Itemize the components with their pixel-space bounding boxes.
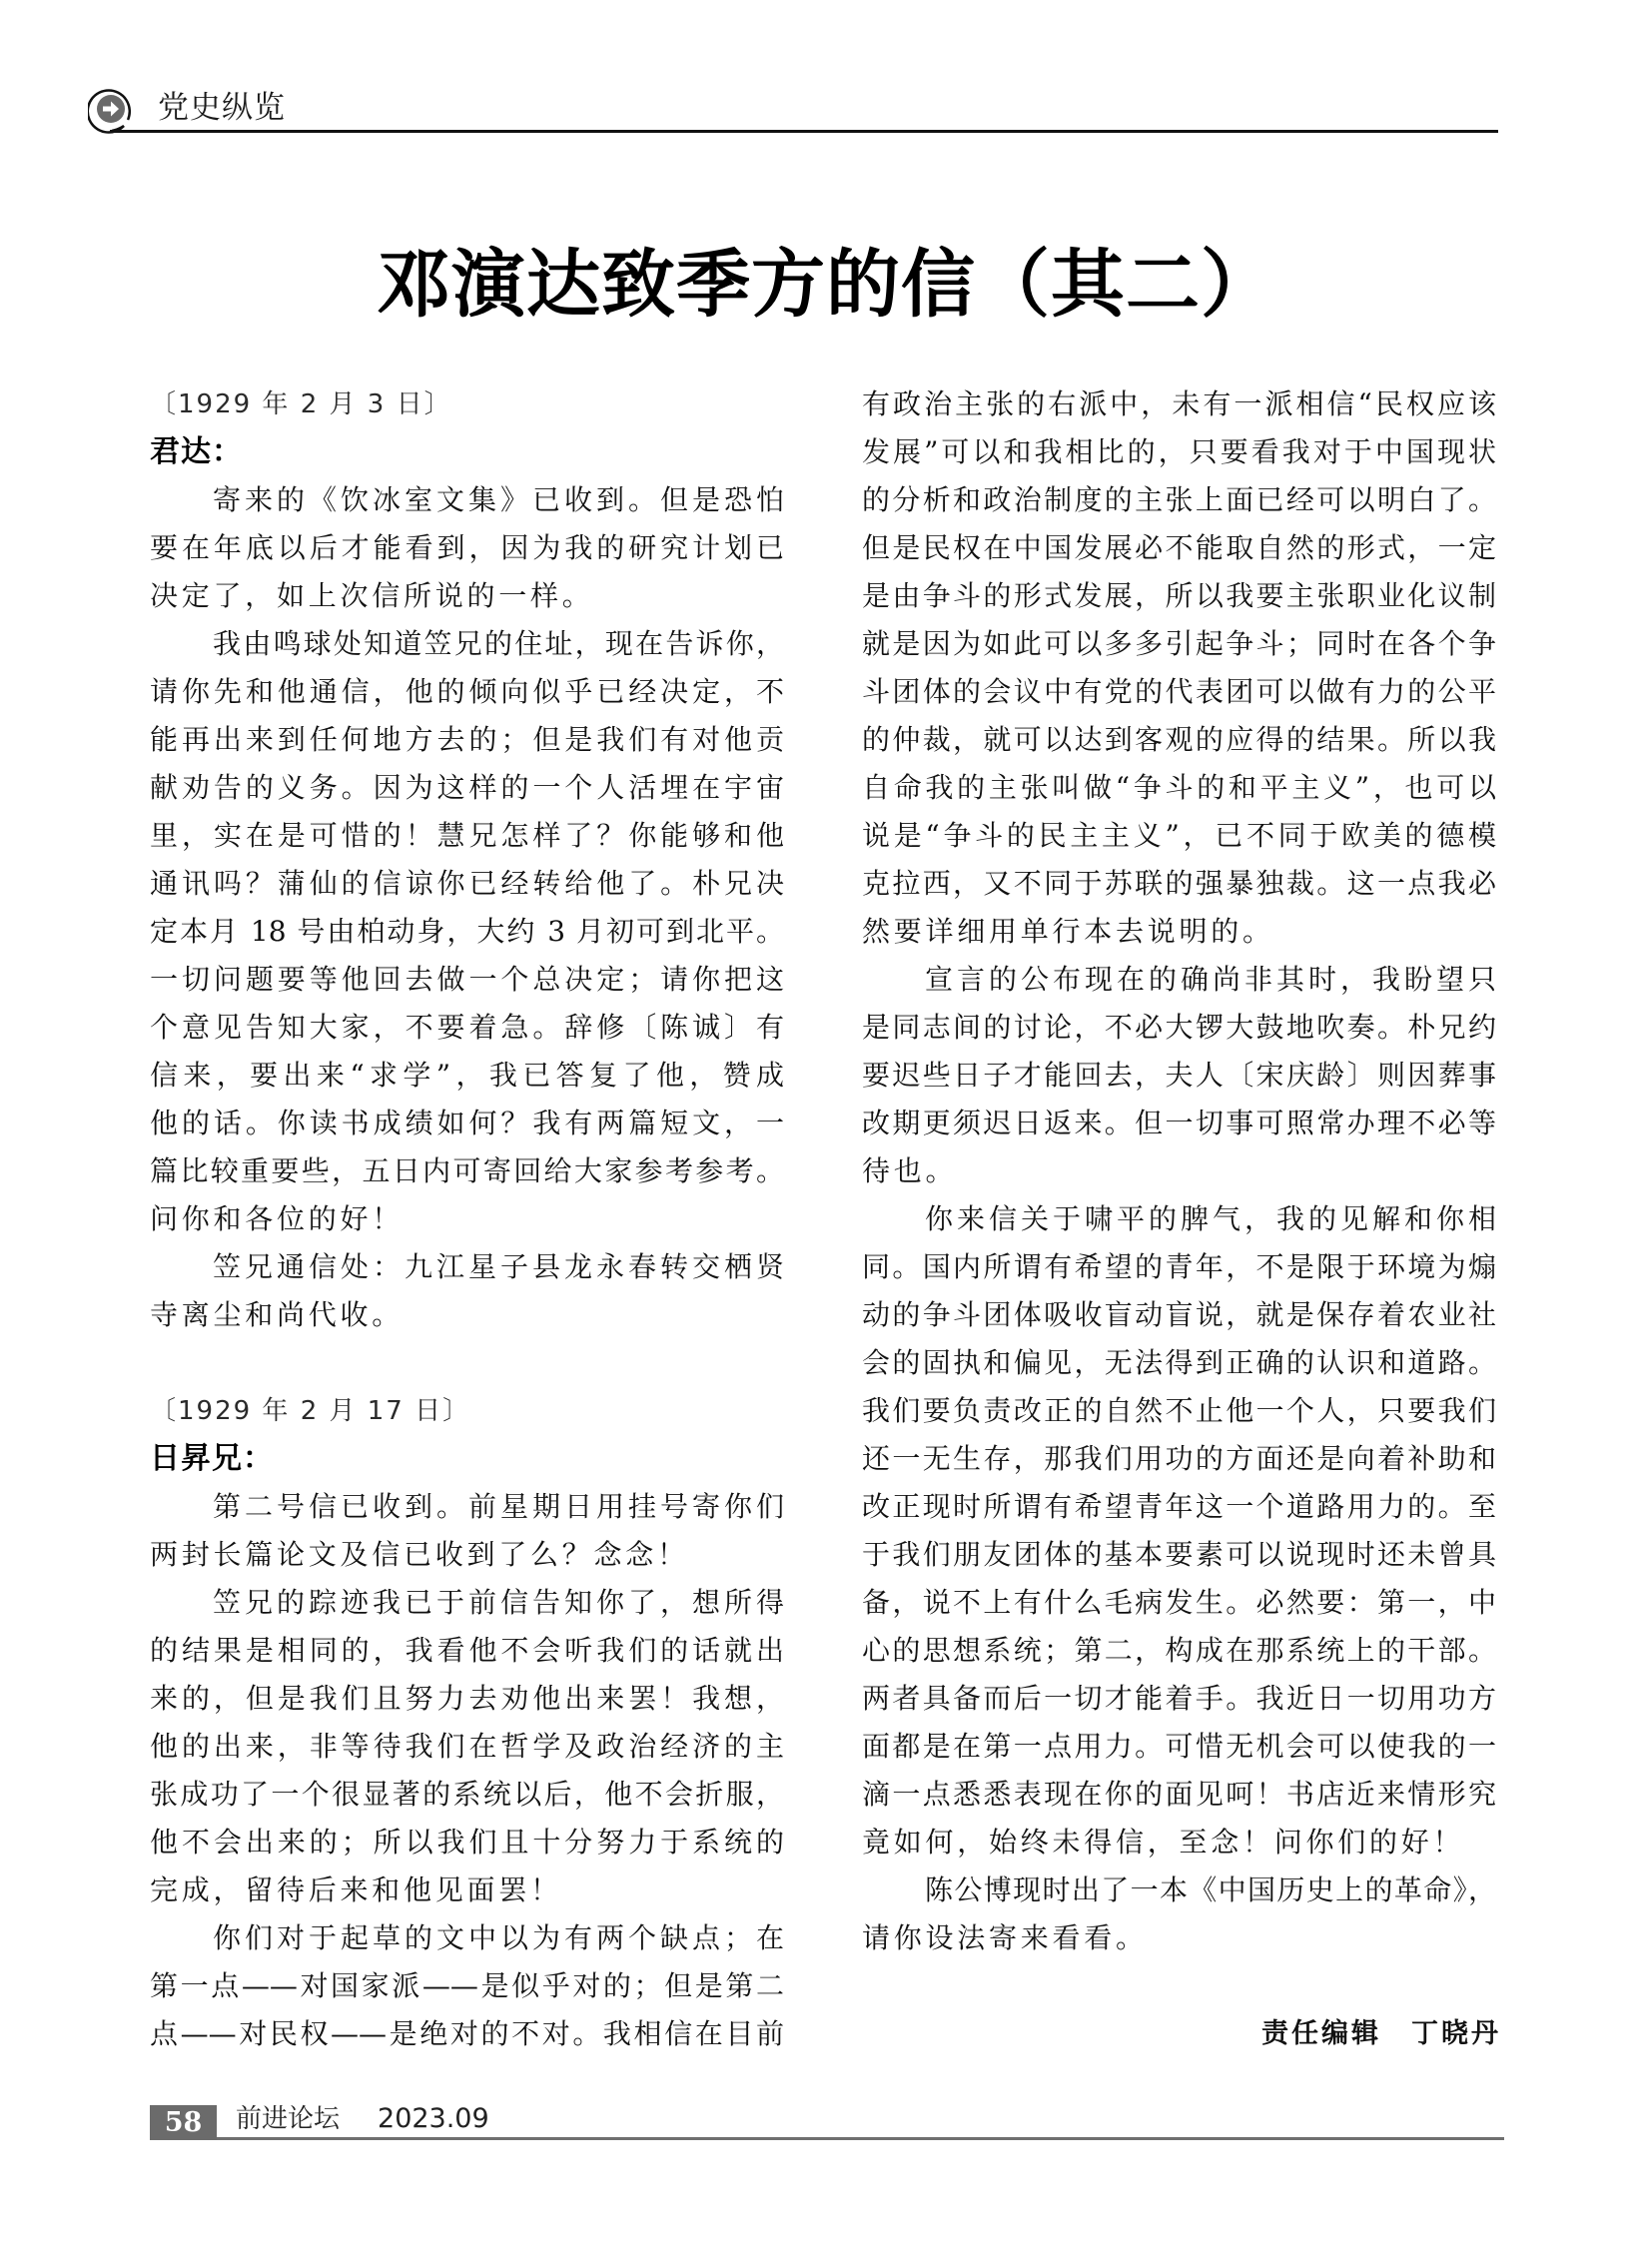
text-line: 一切问题要等他回去做一个总决定；请你把这 bbox=[150, 956, 784, 1004]
text-line: 发展”可以和我相比的，只要看我对于中国现状 bbox=[862, 428, 1496, 476]
paragraph: 我由鸣球处知道笠兄的住址，现在告诉你， 请你先和他通信，他的倾向似乎已经决定，不… bbox=[150, 620, 784, 1243]
right-column: 有政治主张的右派中，未有一派相信“民权应该 发展”可以和我相比的，只要看我对于中… bbox=[862, 380, 1496, 2058]
text-line: 于我们朋友团体的基本要素可以说现时还未曾具 bbox=[862, 1531, 1496, 1579]
text-line: 里，实在是可惜的！慧兄怎样了？你能够和他 bbox=[150, 812, 784, 860]
text-line: 滴一点悉悉表现在你的面见呵！书店近来情形究 bbox=[862, 1771, 1496, 1819]
byline-editor-name: 丁晓丹 bbox=[1411, 2018, 1501, 2049]
letter-date: 〔1929 年 2 月 3 日〕 bbox=[150, 380, 784, 428]
text-line: 有政治主张的右派中，未有一派相信“民权应该 bbox=[862, 380, 1496, 428]
text-line: 能再出来到任何地方去的；但是我们有对他贡 bbox=[150, 716, 784, 764]
text-line: 还一无生存，那我们用功的方面还是向着补助和 bbox=[862, 1435, 1496, 1483]
blank-line bbox=[150, 1339, 784, 1387]
text-line: 笠兄通信处：九江星子县龙永春转交栖贤 bbox=[150, 1243, 784, 1291]
text-line: 待也。 bbox=[862, 1147, 1496, 1195]
text-line: 你们对于起草的文中以为有两个缺点；在 bbox=[150, 1914, 784, 1962]
text-line: 请你设法寄来看看。 bbox=[862, 1914, 1496, 1962]
text-line: 宣言的公布现在的确尚非其时，我盼望只 bbox=[862, 956, 1496, 1004]
text-line: 献劝告的义务。因为这样的一个人活埋在宇宙 bbox=[150, 764, 784, 812]
text-line: 通讯吗？蒲仙的信谅你已经转给他了。朴兄决 bbox=[150, 860, 784, 908]
text-line: 的结果是相同的，我看他不会听我们的话就出 bbox=[150, 1627, 784, 1675]
text-line: 点——对民权——是绝对的不对。我相信在目前 bbox=[150, 2010, 784, 2058]
text-line: 第一点——对国家派——是似乎对的；但是第二 bbox=[150, 1962, 784, 2010]
text-line: 要迟些日子才能回去，夫人〔宋庆龄〕则因葬事 bbox=[862, 1052, 1496, 1100]
footer-rule bbox=[217, 2137, 1504, 2140]
text-line: 是由争斗的形式发展，所以我要主张职业化议制 bbox=[862, 572, 1496, 620]
text-line: 寺离尘和尚代收。 bbox=[150, 1291, 784, 1339]
text-line: 的分析和政治制度的主张上面已经可以明白了。 bbox=[862, 476, 1496, 524]
letter-2: 〔1929 年 2 月 17 日〕 日昇兄： 第二号信已收到。前星期日用挂号寄你… bbox=[150, 1387, 784, 2058]
paragraph: 你来信关于啸平的脾气，我的见解和你相 同。国内所谓有希望的青年，不是限于环境为煽… bbox=[862, 1195, 1496, 1867]
paragraph: 笠兄的踪迹我已于前信告知你了，想所得 的结果是相同的，我看他不会听我们的话就出 … bbox=[150, 1579, 784, 1914]
issue-date: 2023.09 bbox=[378, 2103, 489, 2134]
text-line: 我们要负责改正的自然不止他一个人，只要我们 bbox=[862, 1387, 1496, 1435]
text-line: 的仲裁，就可以达到客观的应得的结果。所以我 bbox=[862, 716, 1496, 764]
letter-1: 〔1929 年 2 月 3 日〕 君达： 寄来的《饮冰室文集》已收到。但是恐怕 … bbox=[150, 380, 784, 1339]
section-title: 党史纵览 bbox=[158, 88, 286, 128]
text-line: 备，说不上有什么毛病发生。必然要：第一，中 bbox=[862, 1579, 1496, 1627]
text-line: 陈公博现时出了一本《中国历史上的革命》， bbox=[862, 1867, 1496, 1914]
header-rule bbox=[110, 130, 1498, 133]
paragraph: 陈公博现时出了一本《中国历史上的革命》， 请你设法寄来看看。 bbox=[862, 1867, 1496, 1962]
text-line: 动的争斗团体吸收盲动盲说，就是保存着农业社 bbox=[862, 1291, 1496, 1339]
text-line: 个意见告知大家，不要着急。辞修〔陈诚〕有 bbox=[150, 1004, 784, 1052]
text-line: 面都是在第一点用力。可惜无机会可以使我的一 bbox=[862, 1723, 1496, 1771]
text-line: 会的固执和偏见，无法得到正确的认识和道路。 bbox=[862, 1339, 1496, 1387]
text-line: 请你先和他通信，他的倾向似乎已经决定，不 bbox=[150, 668, 784, 716]
article-title: 邓演达致季方的信（其二） bbox=[0, 240, 1652, 330]
text-line: 他的出来，非等待我们在哲学及政治经济的主 bbox=[150, 1723, 784, 1771]
byline-label: 责任编辑 bbox=[1261, 2018, 1381, 2049]
blank-line bbox=[862, 1962, 1496, 2010]
paragraph: 笠兄通信处：九江星子县龙永春转交栖贤 寺离尘和尚代收。 bbox=[150, 1243, 784, 1339]
text-line: 他不会出来的；所以我们且十分努力于系统的 bbox=[150, 1819, 784, 1867]
text-line: 改期更须迟日返来。但一切事可照常办理不必等 bbox=[862, 1100, 1496, 1147]
editor-byline: 责任编辑丁晓丹 bbox=[862, 2010, 1501, 2058]
text-line: 信来，要出来“求学”，我已答复了他，赞成 bbox=[150, 1052, 784, 1100]
text-line: 两者具备而后一切才能着手。我近日一切用功方 bbox=[862, 1675, 1496, 1723]
letter-date: 〔1929 年 2 月 17 日〕 bbox=[150, 1387, 784, 1435]
text-line: 同。国内所谓有希望的青年，不是限于环境为煽 bbox=[862, 1243, 1496, 1291]
circle-arrow-right-icon bbox=[88, 86, 136, 134]
page-number: 58 bbox=[150, 2105, 217, 2140]
paragraph: 寄来的《饮冰室文集》已收到。但是恐怕 要在年底以后才能看到，因为我的研究计划已 … bbox=[150, 476, 784, 620]
text-line: 克拉西，又不同于苏联的强暴独裁。这一点我必 bbox=[862, 860, 1496, 908]
text-line: 是同志间的讨论，不必大锣大鼓地吹奏。朴兄约 bbox=[862, 1004, 1496, 1052]
magazine-page: 党史纵览 邓演达致季方的信（其二） 〔1929 年 2 月 3 日〕 君达： 寄… bbox=[0, 0, 1652, 2242]
text-line: 要在年底以后才能看到，因为我的研究计划已 bbox=[150, 524, 784, 572]
text-line: 自命我的主张叫做“争斗的和平主义”，也可以 bbox=[862, 764, 1496, 812]
text-line: 但是民权在中国发展必不能取自然的形式，一定 bbox=[862, 524, 1496, 572]
footer-publication-info: 前进论坛2023.09 bbox=[236, 2101, 489, 2137]
publication-name: 前进论坛 bbox=[236, 2104, 340, 2134]
text-line: 定本月 18 号由柏动身，大约 3 月初可到北平。 bbox=[150, 908, 784, 956]
text-line: 竟如何，始终未得信，至念！问你们的好！ bbox=[862, 1819, 1496, 1867]
text-line: 心的思想系统；第二，构成在那系统上的干部。 bbox=[862, 1627, 1496, 1675]
text-line: 寄来的《饮冰室文集》已收到。但是恐怕 bbox=[150, 476, 784, 524]
paragraph: 宣言的公布现在的确尚非其时，我盼望只 是同志间的讨论，不必大锣大鼓地吹奏。朴兄约… bbox=[862, 956, 1496, 1195]
text-line: 斗团体的会议中有党的代表团可以做有力的公平 bbox=[862, 668, 1496, 716]
text-line: 你来信关于啸平的脾气，我的见解和你相 bbox=[862, 1195, 1496, 1243]
text-line: 完成，留待后来和他见面罢！ bbox=[150, 1867, 784, 1914]
text-line: 然要详细用单行本去说明的。 bbox=[862, 908, 1496, 956]
text-line: 张成功了一个很显著的系统以后，他不会折服， bbox=[150, 1771, 784, 1819]
left-column: 〔1929 年 2 月 3 日〕 君达： 寄来的《饮冰室文集》已收到。但是恐怕 … bbox=[150, 380, 784, 2058]
text-line: 第二号信已收到。前星期日用挂号寄你们 bbox=[150, 1483, 784, 1531]
text-line: 就是因为如此可以多多引起争斗；同时在各个争 bbox=[862, 620, 1496, 668]
text-line: 决定了，如上次信所说的一样。 bbox=[150, 572, 784, 620]
paragraph: 你们对于起草的文中以为有两个缺点；在 第一点——对国家派——是似乎对的；但是第二… bbox=[150, 1914, 784, 2058]
text-line: 来的，但是我们且努力去劝他出来罢！我想， bbox=[150, 1675, 784, 1723]
paragraph-continued: 有政治主张的右派中，未有一派相信“民权应该 发展”可以和我相比的，只要看我对于中… bbox=[862, 380, 1496, 956]
text-line: 篇比较重要些，五日内可寄回给大家参考参考。 bbox=[150, 1147, 784, 1195]
text-line: 问你和各位的好！ bbox=[150, 1195, 784, 1243]
letter-salutation: 日昇兄： bbox=[150, 1435, 784, 1483]
text-line: 两封长篇论文及信已收到了么？念念！ bbox=[150, 1531, 784, 1579]
text-line: 改正现时所谓有希望青年这一个道路用力的。至 bbox=[862, 1483, 1496, 1531]
text-line: 他的话。你读书成绩如何？我有两篇短文，一 bbox=[150, 1100, 784, 1147]
text-line: 笠兄的踪迹我已于前信告知你了，想所得 bbox=[150, 1579, 784, 1627]
paragraph: 第二号信已收到。前星期日用挂号寄你们 两封长篇论文及信已收到了么？念念！ bbox=[150, 1483, 784, 1579]
text-line: 说是“争斗的民主主义”，已不同于欧美的德模 bbox=[862, 812, 1496, 860]
text-line: 我由鸣球处知道笠兄的住址，现在告诉你， bbox=[150, 620, 784, 668]
letter-salutation: 君达： bbox=[150, 428, 784, 476]
